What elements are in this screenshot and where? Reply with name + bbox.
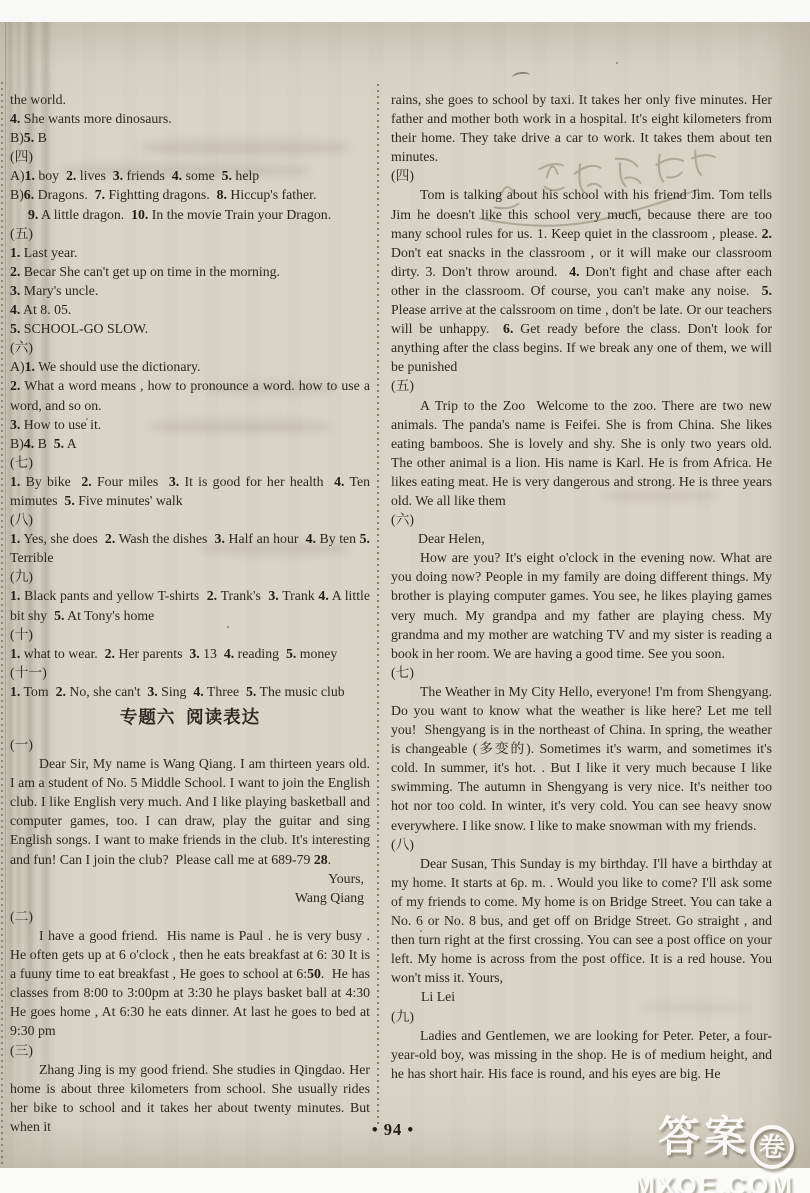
section-marker: (四) bbox=[391, 166, 772, 185]
watermark-brand: 答案卷 bbox=[634, 1115, 794, 1169]
section-marker: (六) bbox=[10, 338, 370, 357]
section-marker: (三) bbox=[10, 1041, 370, 1060]
text-line: 4. At 8. 05. bbox=[10, 300, 370, 319]
text-line: 1. Last year. bbox=[10, 243, 370, 262]
watermark-circle-logo: 卷 bbox=[750, 1125, 794, 1169]
section-marker: (八) bbox=[391, 835, 772, 854]
paragraph: I have a good friend. His name is Paul .… bbox=[10, 926, 370, 1041]
text-line: 3. Mary's uncle. bbox=[10, 281, 370, 300]
answer-line: B)6. Dragons. 7. Fightting dragons. 8. H… bbox=[10, 185, 370, 204]
watermark-domain: MXQE.COM bbox=[634, 1171, 794, 1193]
section-marker: (八) bbox=[10, 510, 370, 529]
pencil-mark bbox=[511, 71, 530, 82]
answer-line: 1. Black pants and yellow T-shirts 2. Tr… bbox=[10, 586, 370, 624]
paragraph: Tom is talking about his school with his… bbox=[391, 185, 772, 376]
column-divider-dotted-rule bbox=[377, 84, 379, 1128]
page-number: • 94 • bbox=[348, 1120, 438, 1140]
text-line: Li Lei bbox=[391, 987, 772, 1006]
section-marker: (十一) bbox=[10, 663, 370, 682]
section-marker: (十) bbox=[10, 625, 370, 644]
watermark: 答案卷 MXQE.COM bbox=[634, 1115, 794, 1193]
ink-speck bbox=[616, 62, 618, 64]
paragraph: Dear Susan, This Sunday is my birthday. … bbox=[391, 854, 772, 988]
scanned-answer-page: the world.4. She wants more dinosaurs.B)… bbox=[0, 0, 810, 1193]
answer-line: 1. what to wear. 2. Her parents 3. 13 4.… bbox=[10, 644, 370, 663]
paragraph: Dear Sir, My name is Wang Qiang. I am th… bbox=[10, 754, 370, 869]
section-marker: (四) bbox=[10, 147, 370, 166]
text-line: 3. How to use it. bbox=[10, 415, 370, 434]
text-line: 4. She wants more dinosaurs. bbox=[10, 109, 370, 128]
answer-line: 1. By bike 2. Four miles 3. It is good f… bbox=[10, 472, 370, 510]
right-column: rains, she goes to school by taxi. It ta… bbox=[391, 90, 772, 1083]
paragraph: A Trip to the Zoo Welcome to the zoo. Th… bbox=[391, 396, 772, 511]
section-marker: (五) bbox=[391, 376, 772, 395]
signature-line: Wang Qiang bbox=[10, 888, 370, 907]
section-marker: (九) bbox=[10, 567, 370, 586]
text-line: 2. Becar She can't get up on time in the… bbox=[10, 262, 370, 281]
answer-line: 9. A little dragon. 10. In the movie Tra… bbox=[10, 205, 370, 224]
left-column: the world.4. She wants more dinosaurs.B)… bbox=[10, 90, 370, 1136]
text-line: A)1. We should use the dictionary. bbox=[10, 357, 370, 376]
section-marker: (七) bbox=[10, 453, 370, 472]
paragraph: Zhang Jing is my good friend. She studie… bbox=[10, 1060, 370, 1136]
text-line: 5. SCHOOL-GO SLOW. bbox=[10, 319, 370, 338]
watermark-brand-text: 答案 bbox=[658, 1113, 750, 1160]
answer-line: A)1. boy 2. lives 3. friends 4. some 5. … bbox=[10, 166, 370, 185]
text-line: B)4. B 5. A bbox=[10, 434, 370, 453]
paragraph: The Weather in My City Hello, everyone! … bbox=[391, 682, 772, 835]
section-marker: (五) bbox=[10, 224, 370, 243]
paper-page: the world.4. She wants more dinosaurs.B)… bbox=[0, 22, 810, 1168]
paragraph: How are you? It's eight o'clock in the e… bbox=[391, 548, 772, 663]
text-line: Dear Helen, bbox=[391, 529, 772, 548]
answer-line: 1. Yes, she does 2. Wash the dishes 3. H… bbox=[10, 529, 370, 567]
text-line: the world. bbox=[10, 90, 370, 109]
section-heading: 专题六 阅读表达 bbox=[10, 701, 370, 735]
scan-margin-top bbox=[0, 0, 810, 22]
text-line: B)5. B bbox=[10, 128, 370, 147]
left-edge-dotted-rule bbox=[1, 82, 3, 1168]
answer-line: 2. What a word means , how to pronounce … bbox=[10, 376, 370, 414]
section-marker: (一) bbox=[10, 735, 370, 754]
signature-line: Yours, bbox=[10, 869, 370, 888]
section-marker: (九) bbox=[391, 1007, 772, 1026]
answer-line: rains, she goes to school by taxi. It ta… bbox=[391, 90, 772, 166]
section-marker: (六) bbox=[391, 510, 772, 529]
section-marker: (七) bbox=[391, 663, 772, 682]
answer-line: 1. Tom 2. No, she can't 3. Sing 4. Three… bbox=[10, 682, 370, 701]
section-marker: (二) bbox=[10, 907, 370, 926]
paragraph: Ladies and Gentlemen, we are looking for… bbox=[391, 1026, 772, 1083]
